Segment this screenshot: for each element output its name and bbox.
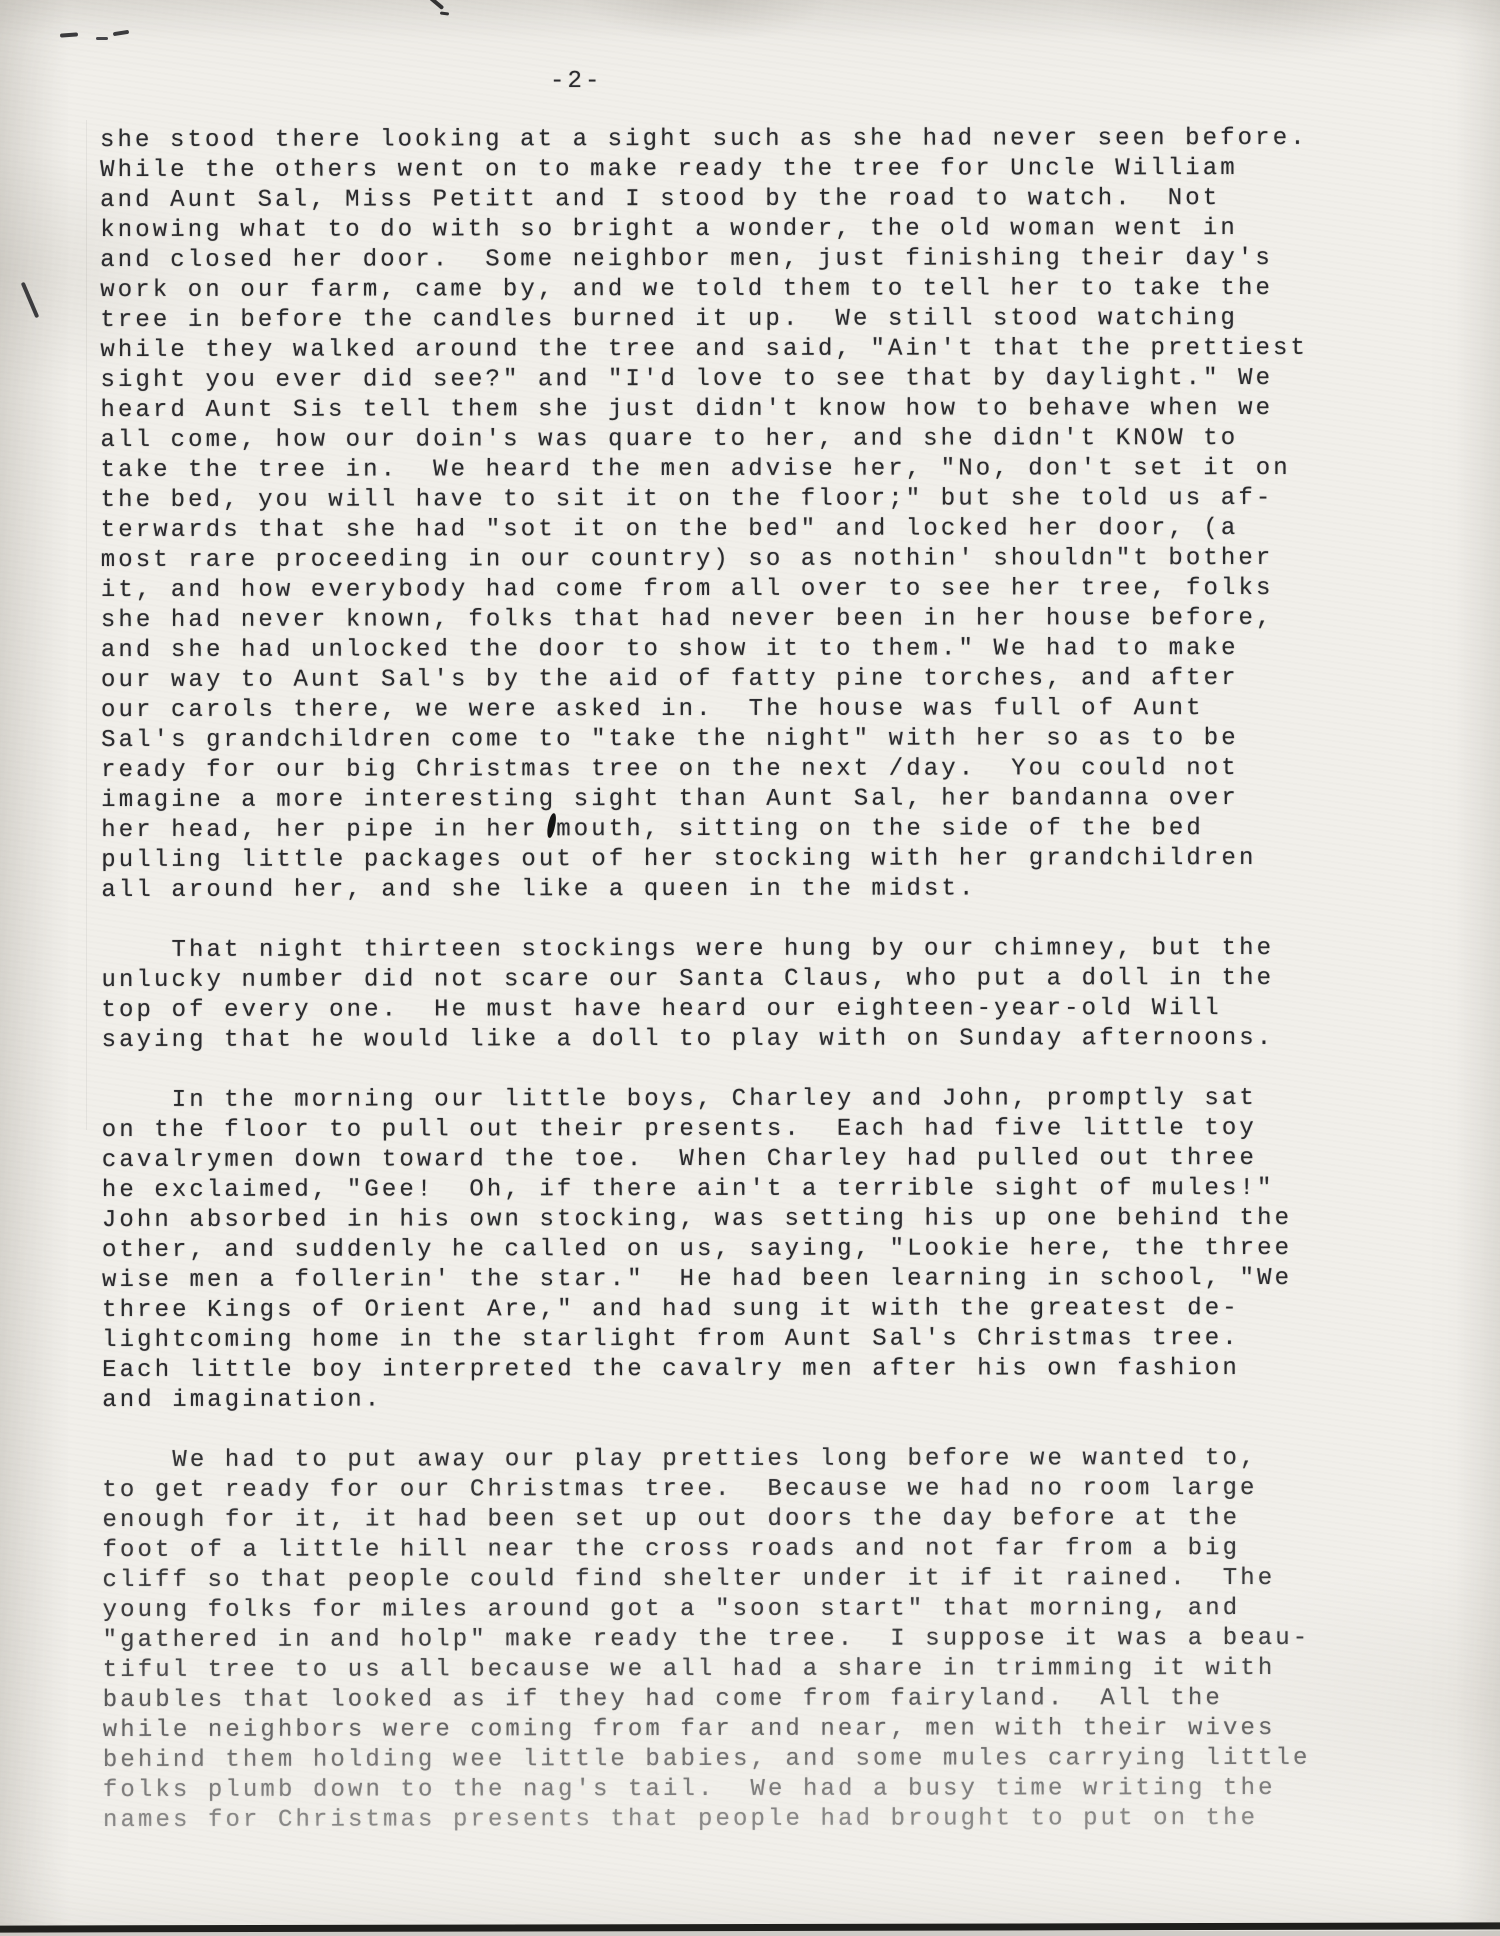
scan-artifact-dash (96, 37, 108, 40)
paragraph-4: We had to put away our play pretties lon… (102, 1444, 1393, 1836)
document-body: she stood there looking at a sight such … (100, 124, 1393, 1836)
scan-artifact-dash (113, 30, 129, 36)
paragraph-2: That night thirteen stockings were hung … (101, 934, 1391, 1056)
scan-artifact-pen-stroke (21, 282, 40, 319)
paragraph-3: In the morning our little boys, Charley … (102, 1084, 1393, 1416)
scan-artifact-checkmark (440, 11, 449, 15)
scan-artifact-checkmark (429, 0, 445, 10)
paragraph-1: she stood there looking at a sight such … (100, 124, 1391, 906)
page-number: -2- (550, 68, 603, 95)
scanned-document-page: -2- she stood there looking at a sight s… (0, 0, 1500, 1936)
scan-artifact-dash (60, 32, 78, 37)
scan-artifact-crease (86, 120, 87, 1130)
